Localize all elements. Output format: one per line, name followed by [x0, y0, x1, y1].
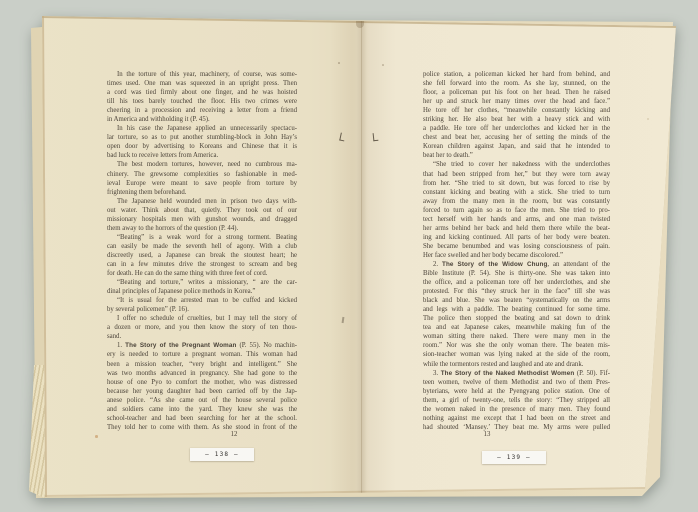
right-folio-stamp-label: – 139 – — [497, 454, 531, 461]
text-line: The best modern tortures, however, need … — [107, 160, 297, 169]
paragraph: 3. The Story of the Naked Methodist Wome… — [423, 369, 610, 432]
text-line: was two months advanced in pregnancy. Sh… — [107, 369, 297, 378]
text-line: In his case the Japanese applied an unne… — [107, 124, 297, 133]
text-line: bad luck to receive letters from America… — [107, 151, 297, 160]
text-line: and soldiers came into the yard. They kn… — [107, 405, 297, 414]
paragraph: police station, a policeman kicked her h… — [423, 70, 610, 160]
paper-speck — [338, 62, 340, 64]
text-line: that had been stripped from her,” but th… — [423, 170, 610, 179]
paragraph: “Beating and torture,” writes a missiona… — [107, 278, 297, 296]
story-heading: The Story of the Pregnant Woman — [125, 342, 236, 349]
text-line: house of one Pyo to comfort the mother, … — [107, 378, 297, 387]
left-folio-stamp: – 138 – — [190, 448, 254, 461]
text-line: missionary hospitals men with gunshot wo… — [107, 215, 297, 224]
text-line: dinal principles of Japanese police meth… — [107, 287, 297, 296]
text-line: The police then stopped the beating and … — [423, 314, 610, 323]
text-line: Bible Institute (P. 54). She is thirty-o… — [423, 269, 610, 278]
text-line: a dozen or more, and you then know the s… — [107, 323, 297, 332]
paragraph: 1. The Story of the Pregnant Woman (P. 5… — [107, 341, 297, 431]
text-line: woman sitting there naked. There were ma… — [423, 332, 610, 341]
text-line: police station, a policeman kicked her h… — [423, 70, 610, 79]
text-line: lar torture, so as to put another stumbl… — [107, 133, 297, 142]
story-heading: The Story of the Widow Chung — [442, 261, 547, 268]
paragraph: 2. The Story of the Widow Chung, an atte… — [423, 260, 610, 369]
text-line: school-teacher and had been searching fo… — [107, 414, 297, 423]
text-line: protested. For this “they struck her in … — [423, 287, 610, 296]
gutter-notch — [356, 17, 364, 28]
text-line: I offer no schedule of cruelties, but I … — [107, 314, 297, 323]
text-line: byterians, were held at the Pyengyang po… — [423, 387, 610, 396]
text-line: sand. — [107, 332, 297, 341]
text-line: 2. The Story of the Widow Chung, an atte… — [423, 260, 610, 269]
text-line: teen women, twelve of them Methodist and… — [423, 378, 610, 387]
text-line: ery is needed to torture a pregnant woma… — [107, 350, 297, 359]
gutter-shadow — [330, 14, 396, 496]
scan-background: In the torture of this year, machinery, … — [0, 0, 698, 512]
text-line: In the torture of this year, machinery, … — [107, 70, 297, 79]
text-line: by several policemen” (P. 16). — [107, 305, 297, 314]
text-line: away from the many men in the room, but … — [423, 197, 610, 206]
text-line: open door by advertising to Koreans and … — [107, 142, 297, 151]
right-page-text: police station, a policeman kicked her h… — [423, 70, 610, 432]
text-line: anese police. “As she came out of the ho… — [107, 396, 297, 405]
text-line: “Beating” is a weak word for a strong to… — [107, 233, 297, 242]
text-line: constant kicking and beating with a stic… — [423, 188, 610, 197]
text-line: frightening them beforehand. — [107, 188, 297, 197]
story-heading: The Story of the Naked Methodist Women — [441, 370, 575, 377]
text-line: her up and struck her many times over th… — [423, 97, 610, 106]
staple-icon — [373, 133, 379, 141]
text-line: “Beating and torture,” writes a missiona… — [107, 278, 297, 287]
paper-speck — [603, 110, 605, 112]
paper-speck — [382, 64, 384, 66]
text-line: ing and kicking continued. All parts of … — [423, 233, 610, 242]
left-folio-stamp-label: – 138 – — [205, 451, 239, 458]
text-line: a cord was tied firmly about one finger,… — [107, 88, 297, 97]
paragraph: The best modern tortures, however, need … — [107, 160, 297, 196]
text-line: a paddle. He tore off her underclothes a… — [423, 124, 610, 133]
right-page-number: 13 — [457, 431, 517, 438]
text-line: tea and eat Japanese cakes, meanwhile ma… — [423, 323, 610, 332]
text-line: The Japanese held wounded men in prison … — [107, 197, 297, 206]
text-line: till his toes barely touched the floor. … — [107, 97, 297, 106]
text-line: them away to the horrors of the question… — [107, 224, 297, 233]
text-line: 1. The Story of the Pregnant Woman (P. 5… — [107, 341, 297, 350]
text-line: “It is usual for the arrested man to be … — [107, 296, 297, 305]
text-line: the office, and a policeman tore off her… — [423, 278, 610, 287]
paragraph: “It is usual for the arrested man to be … — [107, 296, 297, 314]
text-line: while the tormentors rested and laughed … — [423, 360, 610, 369]
text-line: she fell forward into the room. As she l… — [423, 79, 610, 88]
paragraph: I offer no schedule of cruelties, but I … — [107, 314, 297, 341]
text-line: floor, a policeman put his foot on her h… — [423, 88, 610, 97]
text-line: “She tried to cover her nakedness with t… — [423, 160, 610, 169]
text-line: in America and withholding it (P. 45). — [107, 115, 297, 124]
text-line: forced to turn again so as to face the m… — [423, 206, 610, 215]
left-page-number: 12 — [204, 431, 264, 438]
text-line: beat her to death.” — [423, 151, 610, 160]
text-line: from her. “She tried to sit down, but wa… — [423, 179, 610, 188]
gutter-crease — [361, 17, 362, 493]
paragraph: The Japanese held wounded men in prison … — [107, 197, 297, 233]
text-line: Korean children against Japan, and said … — [423, 142, 610, 151]
text-line: for death. He can do the same thing with… — [107, 269, 297, 278]
text-line: sion-teacher woman was lying naked at th… — [423, 350, 610, 359]
text-line: out water. Think about that, quietly. Th… — [107, 206, 297, 215]
text-line: can in a few minutes drive the strongest… — [107, 260, 297, 269]
text-line: ieval Europe were meant to save people f… — [107, 179, 297, 188]
text-line: her arms behind her back and held them t… — [423, 224, 610, 233]
text-line: can easily be made the seventh hell of a… — [107, 242, 297, 251]
right-folio-stamp: – 139 – — [482, 451, 546, 464]
paragraph: In his case the Japanese applied an unne… — [107, 124, 297, 160]
paper-speck — [95, 435, 98, 438]
left-page-text: In the torture of this year, machinery, … — [107, 70, 297, 432]
text-line: They told her to come with them. As she … — [107, 423, 297, 432]
paragraph: In the torture of this year, machinery, … — [107, 70, 297, 124]
paragraph: “She tried to cover her nakedness with t… — [423, 160, 610, 260]
text-line: room.” Nor was she the only woman there.… — [423, 341, 610, 350]
text-line: because her young daughter had been carr… — [107, 387, 297, 396]
text-line: been a mission teacher, “very bright and… — [107, 360, 297, 369]
text-line: times used. One man was squeezed in an u… — [107, 79, 297, 88]
text-line: nothing against me except that I had bee… — [423, 414, 610, 423]
text-line: them, a girl of twenty-one, tells the st… — [423, 396, 610, 405]
text-line: She became benumbed and was losing consc… — [423, 242, 610, 251]
text-line: black and blue. She was beaten “systemat… — [423, 296, 610, 305]
text-line: striking her. He also beat her with a he… — [423, 115, 610, 124]
text-line: 3. The Story of the Naked Methodist Wome… — [423, 369, 610, 378]
text-line: chinery. The grewsome complexities so fa… — [107, 170, 297, 179]
text-line: He tore off her clothes, “meanwhile cons… — [423, 106, 610, 115]
text-line: the women naked in the presence of many … — [423, 405, 610, 414]
paragraph: “Beating” is a weak word for a strong to… — [107, 233, 297, 278]
text-line: chest and beat her, accusing her of sett… — [423, 133, 610, 142]
text-line: discreetly used, a Japanese can break th… — [107, 251, 297, 260]
page-edge-fan — [27, 365, 45, 498]
paper-speck — [647, 118, 649, 120]
text-line: cheering in a procession and receiving a… — [107, 106, 297, 115]
text-line: Her face swelled and her body became dis… — [423, 251, 610, 260]
text-line: and legs with a paddle. The beating cont… — [423, 305, 610, 314]
text-line: tect herself with her hands and arms, an… — [423, 215, 610, 224]
